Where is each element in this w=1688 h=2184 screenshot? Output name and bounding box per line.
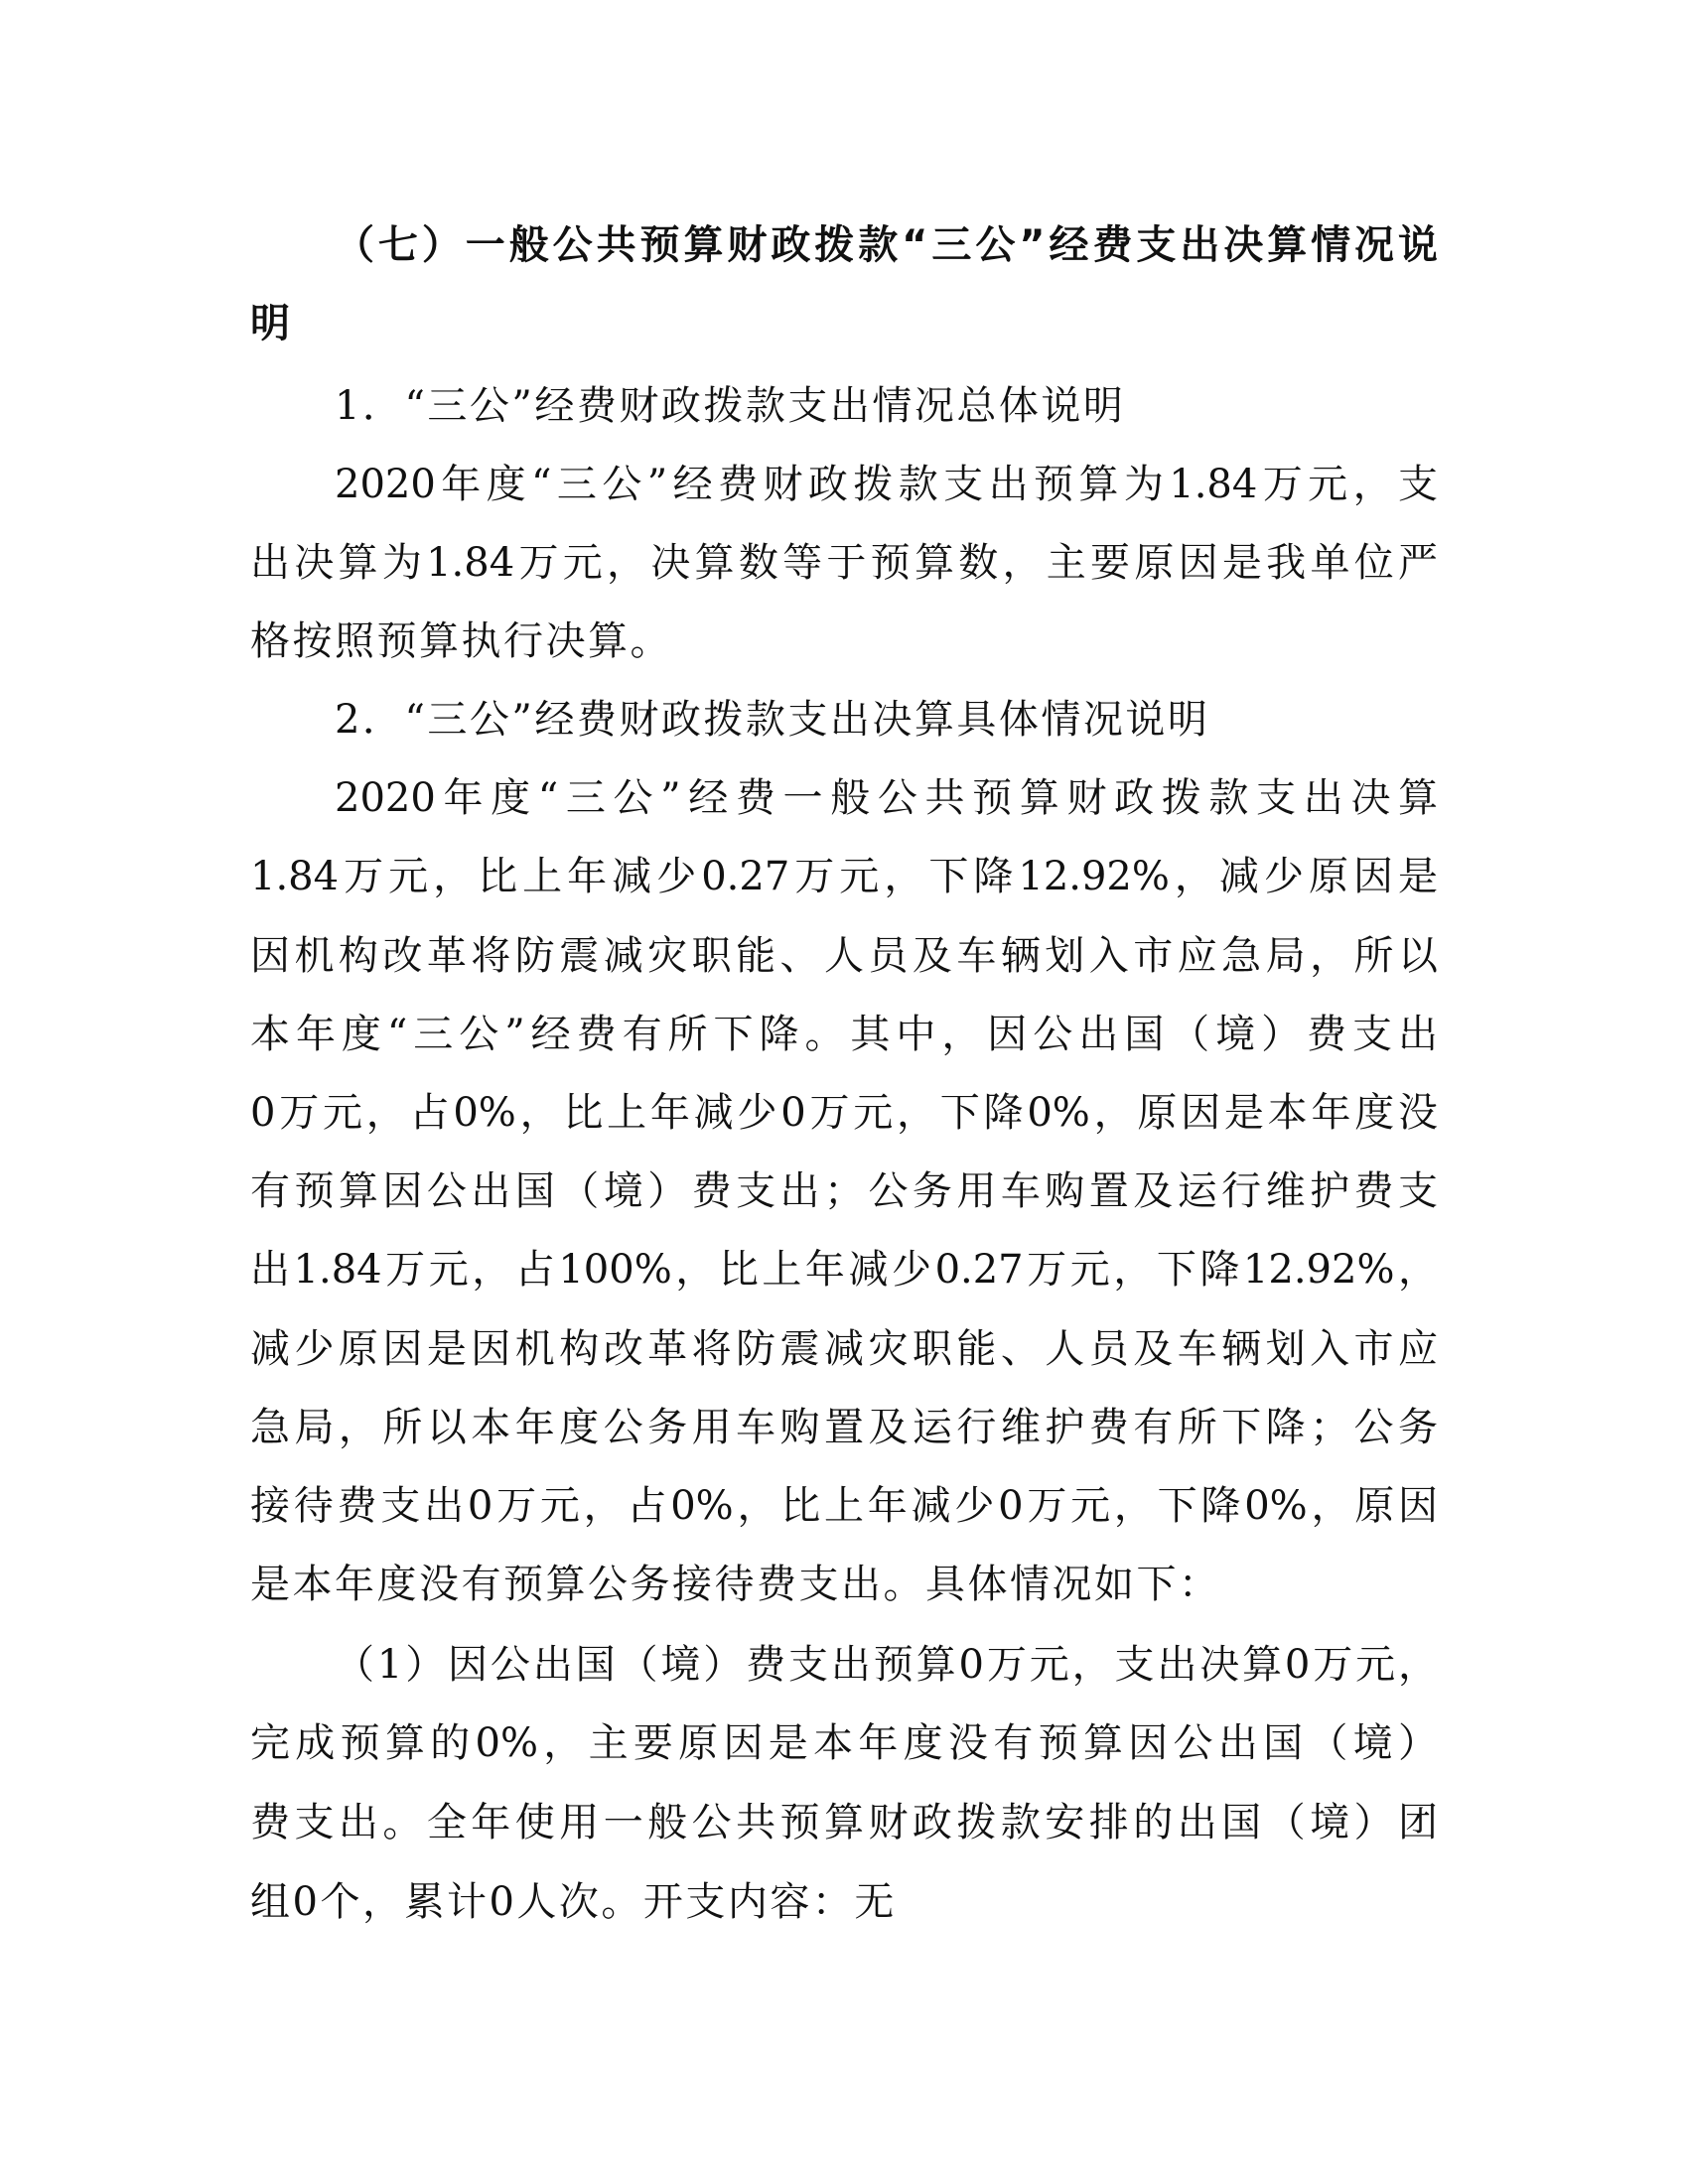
subsection-2-paragraph-line: 有预算因公出国（境）费支出；公务用车购置及运行维护费支: [250, 1153, 1438, 1231]
subsection-1-paragraph-line: 出决算为1.84万元，决算数等于预算数，主要原因是我单位严: [250, 524, 1438, 603]
item-1-line: （1）因公出国（境）费支出预算0万元，支出决算0万元，: [335, 1626, 1438, 1705]
section-heading-line-1: （七）一般公共预算财政拨款“三公”经费支出决算情况说: [335, 206, 1438, 285]
subsection-1-paragraph-line: 格按照预算执行决算。: [250, 603, 1438, 681]
subsection-2-paragraph-line: 因机构改革将防震减灾职能、人员及车辆划入市应急局，所以: [250, 917, 1438, 996]
subsection-2-paragraph-line: 出1.84万元，占100%，比上年减少0.27万元，下降12.92%，: [250, 1231, 1438, 1309]
subsection-2-title: 2．“三公”经费财政拨款支出决算具体情况说明: [335, 681, 1438, 759]
section-heading-line-2: 明: [250, 285, 1438, 363]
subsection-2-paragraph-line: 0万元，占0%，比上年减少0万元，下降0%，原因是本年度没: [250, 1074, 1438, 1153]
item-1-line: 完成预算的0%，主要原因是本年度没有预算因公出国（境）: [250, 1705, 1438, 1783]
item-1-line: 组0个，累计0人次。开支内容：无: [250, 1863, 1438, 1942]
subsection-1-paragraph-line: 2020年度“三公”经费财政拨款支出预算为1.84万元，支: [335, 446, 1438, 524]
subsection-1-title: 1．“三公”经费财政拨款支出情况总体说明: [335, 367, 1438, 446]
subsection-2-paragraph-line: 是本年度没有预算公务接待费支出。具体情况如下：: [250, 1546, 1438, 1624]
subsection-2-paragraph-line: 1.84万元，比上年减少0.27万元，下降12.92%，减少原因是: [250, 838, 1438, 916]
subsection-2-paragraph-line: 本年度“三公”经费有所下降。其中，因公出国（境）费支出: [250, 996, 1438, 1074]
subsection-2-paragraph-line: 减少原因是因机构改革将防震减灾职能、人员及车辆划入市应: [250, 1310, 1438, 1389]
subsection-2-paragraph-line: 接待费支出0万元，占0%，比上年减少0万元，下降0%，原因: [250, 1467, 1438, 1546]
item-1-line: 费支出。全年使用一般公共预算财政拨款安排的出国（境）团: [250, 1784, 1438, 1862]
subsection-2-paragraph-line: 2020年度“三公”经费一般公共预算财政拨款支出决算: [335, 759, 1438, 838]
document-page: （七）一般公共预算财政拨款“三公”经费支出决算情况说 明 1．“三公”经费财政拨…: [0, 0, 1688, 2184]
subsection-2-paragraph-line: 急局，所以本年度公务用车购置及运行维护费有所下降；公务: [250, 1389, 1438, 1467]
